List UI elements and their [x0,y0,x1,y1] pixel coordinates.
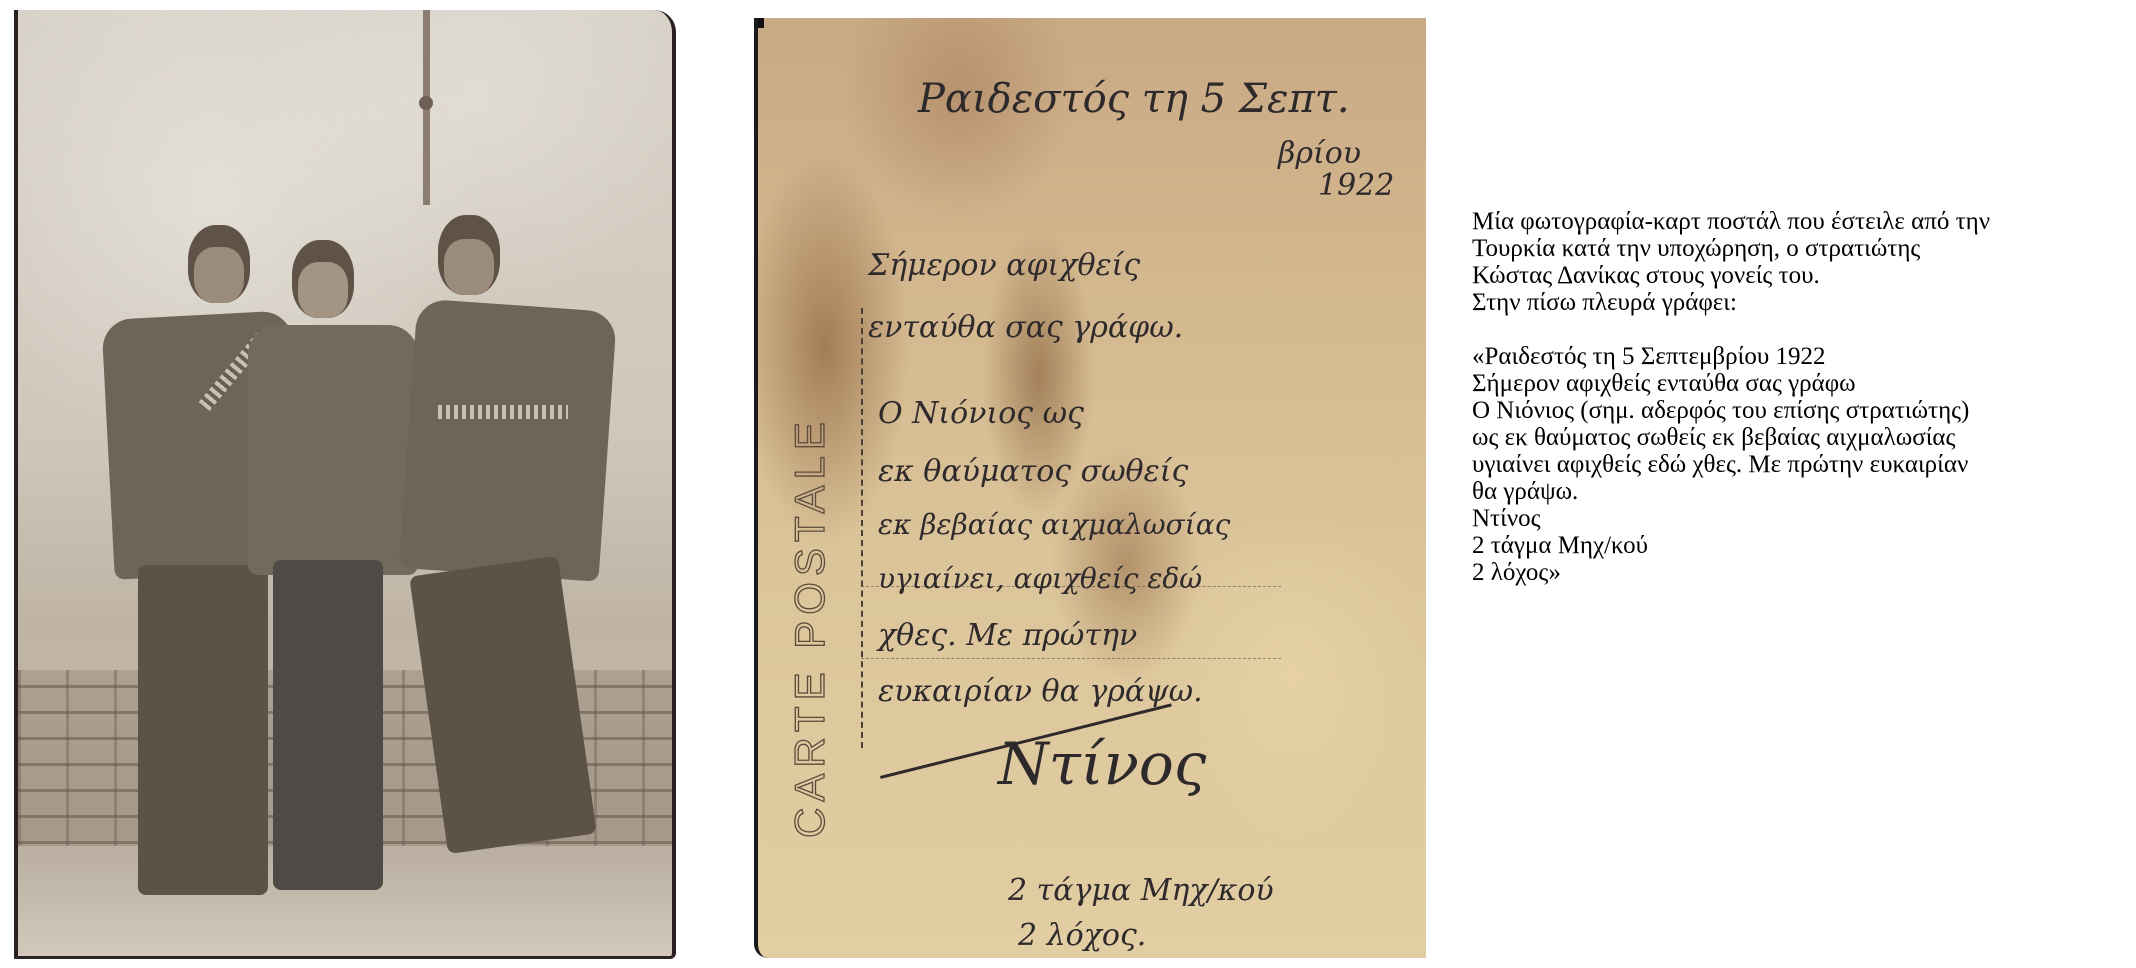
handwritten-unit: 2 τάγμα Μηχ/κού [1008,873,1274,908]
carte-postale-label: CARTE POSTALE [786,416,834,838]
soldier-right [378,215,618,855]
quote-line: Ο Νιόνιος (σημ. αδερφός του επίσης στρατ… [1472,397,2132,424]
handwritten-line: Ο Νιόνιος ως [878,396,1084,431]
wall-pipe-joint [419,96,433,110]
handwritten-line: εκ θαύματος σωθείς [878,454,1188,489]
quote-line: 2 λόχος» [1472,559,2132,586]
caption-line: Μία φωτογραφία-καρτ ποστάλ που έστειλε α… [1472,208,2132,235]
handwritten-line: εκ βεβαίας αιχμαλωσίας [878,508,1230,541]
quote-line: ως εκ θαύματος σωθείς εκ βεβαίας αιχμαλω… [1472,424,2132,451]
handwritten-line: ευκαιρίαν θα γράψω. [878,674,1203,709]
quote-line: Ντίνος [1472,505,2132,532]
quote-line: θα γράψω. [1472,478,2132,505]
handwritten-line: ενταύθα σας γράφω. [868,310,1183,345]
handwritten-line: Σήμερον αφιχθείς [868,248,1140,283]
scan-corner [754,18,764,28]
handwritten-line: υγιαίνει, αφιχθείς εδώ [878,562,1202,595]
postcard-divider [861,308,863,748]
caption-line: Κώστας Δανίκας στους γονείς του. [1472,262,2132,289]
address-line [861,658,1281,659]
quote-line: Σήμερον αφιχθείς ενταύθα σας γράφω [1472,370,2132,397]
handwritten-line: χθες. Με πρώτην [878,618,1137,653]
handwritten-month: βρίου [1278,136,1361,171]
soldiers-photograph [14,10,676,959]
caption-line: Στην πίσω πλευρά γράφει: [1472,289,2132,316]
caption-text: Μία φωτογραφία-καρτ ποστάλ που έστειλε α… [1472,208,2132,586]
postcard-back: CARTE POSTALE Ραιδεστός τη 5 Σεπτ. βρίου… [754,18,1426,958]
handwritten-company: 2 λόχος. [1018,918,1146,953]
caption-line: Τουρκία κατά την υποχώρηση, ο στρατιώτης [1472,235,2132,262]
handwritten-place-date: Ραιδεστός τη 5 Σεπτ. [918,76,1350,122]
handwritten-year: 1922 [1318,168,1394,203]
quote-line: «Ραιδεστός τη 5 Σεπτεμβρίου 1922 [1472,343,2132,370]
quote-line: 2 τάγμα Μηχ/κού [1472,532,2132,559]
quote-line: υγιαίνει αφιχθείς εδώ χθες. Με πρώτην ευ… [1472,451,2132,478]
